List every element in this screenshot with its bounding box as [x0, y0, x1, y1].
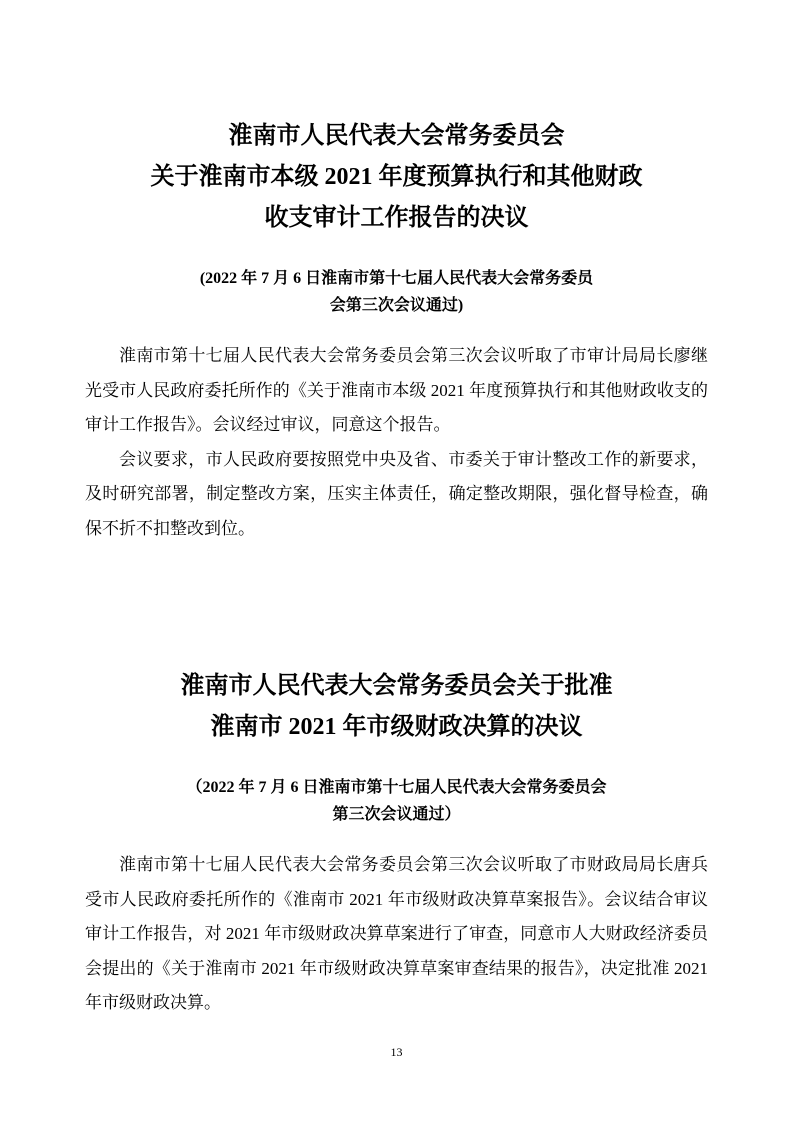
resolution-final-accounts: 淮南市人民代表大会常务委员会关于批准 淮南市 2021 年市级财政决算的决议 （…: [85, 666, 708, 1021]
doc1-subtitle-line-2: 会第三次会议通过): [85, 292, 708, 319]
doc2-body: 淮南市第十七届人民代表大会常务委员会第三次会议听取了市财政局局长唐兵受市人民政府…: [85, 848, 708, 1021]
page-number: 13: [0, 1045, 793, 1060]
doc2-subtitle: （2022 年 7 月 6 日淮南市第十七届人民代表大会常务委员会 第三次会议通…: [85, 774, 708, 828]
doc2-title: 淮南市人民代表大会常务委员会关于批准 淮南市 2021 年市级财政决算的决议: [85, 666, 708, 748]
doc2-title-line-2: 淮南市 2021 年市级财政决算的决议: [85, 707, 708, 748]
document-page: 淮南市人民代表大会常务委员会 关于淮南市本级 2021 年度预算执行和其他财政 …: [0, 0, 793, 1122]
doc2-title-line-1: 淮南市人民代表大会常务委员会关于批准: [85, 666, 708, 707]
doc2-subtitle-line-2: 第三次会议通过）: [85, 801, 708, 828]
doc2-paragraph-1: 淮南市第十七届人民代表大会常务委员会第三次会议听取了市财政局局长唐兵受市人民政府…: [85, 848, 708, 1021]
doc1-title-line-1: 淮南市人民代表大会常务委员会: [85, 116, 708, 157]
doc1-subtitle-line-1: (2022 年 7 月 6 日淮南市第十七届人民代表大会常务委员: [85, 265, 708, 292]
doc1-paragraph-2: 会议要求，市人民政府要按照党中央及省、市委关于审计整改工作的新要求，及时研究部署…: [85, 443, 708, 547]
doc1-subtitle: (2022 年 7 月 6 日淮南市第十七届人民代表大会常务委员 会第三次会议通…: [85, 265, 708, 319]
doc1-title-line-3: 收支审计工作报告的决议: [85, 198, 708, 239]
doc2-subtitle-line-1: （2022 年 7 月 6 日淮南市第十七届人民代表大会常务委员会: [85, 774, 708, 801]
doc1-title: 淮南市人民代表大会常务委员会 关于淮南市本级 2021 年度预算执行和其他财政 …: [85, 116, 708, 239]
resolution-audit-report: 淮南市人民代表大会常务委员会 关于淮南市本级 2021 年度预算执行和其他财政 …: [85, 116, 708, 546]
doc1-title-line-2: 关于淮南市本级 2021 年度预算执行和其他财政: [85, 157, 708, 198]
doc1-body: 淮南市第十七届人民代表大会常务委员会第三次会议听取了市审计局局长廖继光受市人民政…: [85, 339, 708, 546]
doc1-paragraph-1: 淮南市第十七届人民代表大会常务委员会第三次会议听取了市审计局局长廖继光受市人民政…: [85, 339, 708, 443]
